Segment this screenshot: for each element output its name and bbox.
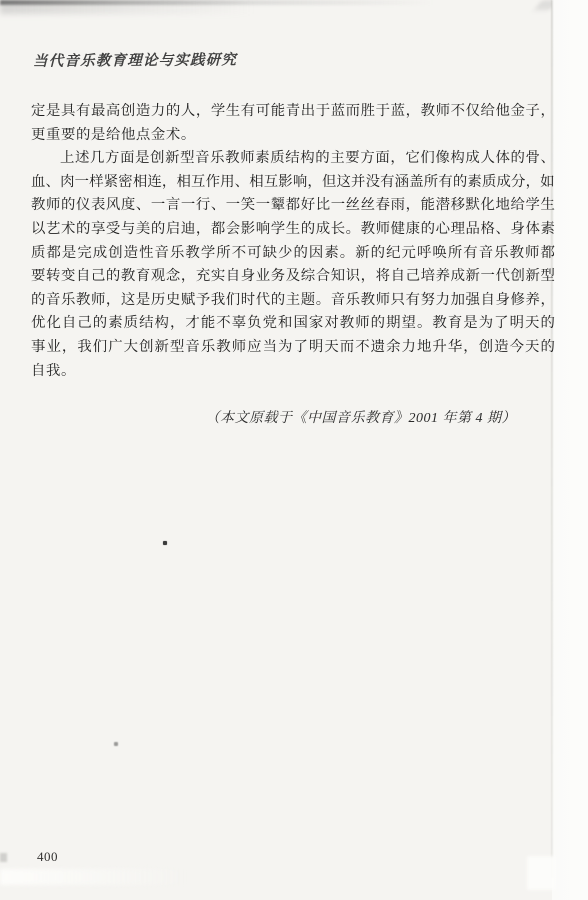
body-line: 血、肉一样紧密相连，相互作用、相互影响，但这并没有涵盖所有的素质成分，如 xyxy=(31,171,555,195)
source-citation: （本文原载于《中国音乐教育》2001 年第 4 期） xyxy=(31,407,555,431)
body-line: 定是具有最高创造力的人，学生有可能青出于蓝而胜于蓝，教师不仅给他金子， xyxy=(31,100,555,124)
body-line: 事业，我们广大创新型音乐教师应当为了明天而不遗余力地升华，创造今天的 xyxy=(31,336,555,360)
scan-speck-light xyxy=(114,742,118,746)
scanned-book-page: 当代音乐教育理论与实践研究 定是具有最高创造力的人，学生有可能青出于蓝而胜于蓝，… xyxy=(0,0,588,900)
body-line: 上述几方面是创新型音乐教师素质结构的主要方面，它们像构成人体的骨、 xyxy=(31,147,555,171)
body-line: 更重要的是给他点金术。 xyxy=(31,124,555,148)
body-text: 定是具有最高创造力的人，学生有可能青出于蓝而胜于蓝，教师不仅给他金子，更重要的是… xyxy=(31,100,555,383)
scan-shadow-top-soft xyxy=(0,2,255,14)
body-line: 自我。 xyxy=(31,360,555,384)
page-number: 400 xyxy=(37,849,58,865)
scan-speck-dark xyxy=(163,541,167,545)
body-line: 要转变自己的教育观念，充实自身业务及综合知识，将自己培养成新一代创新型 xyxy=(31,265,555,289)
scan-glare-bottom-left xyxy=(0,869,188,885)
body-line: 质都是完成创造性音乐教学所不可缺少的因素。新的纪元呼唤所有音乐教师都 xyxy=(31,242,555,266)
running-head: 当代音乐教育理论与实践研究 xyxy=(33,48,237,70)
body-line: 教师的仪表风度、一言一行、一笑一颦都好比一丝丝春雨，能潜移默化地给学生 xyxy=(31,194,555,218)
scan-patch-bottom-right xyxy=(527,856,556,890)
page-edge-strip xyxy=(552,0,588,900)
body-line: 的音乐教师，这是历史赋予我们时代的主题。音乐教师只有努力加强自身修养， xyxy=(31,289,555,313)
body-line: 优化自己的素质结构，才能不辜负党和国家对教师的期望。教育是为了明天的 xyxy=(31,312,555,336)
scan-tick-bottom-left xyxy=(0,853,7,862)
body-line: 以艺术的享受与美的启迪，都会影响学生的成长。教师健康的心理品格、身体素 xyxy=(31,218,555,242)
